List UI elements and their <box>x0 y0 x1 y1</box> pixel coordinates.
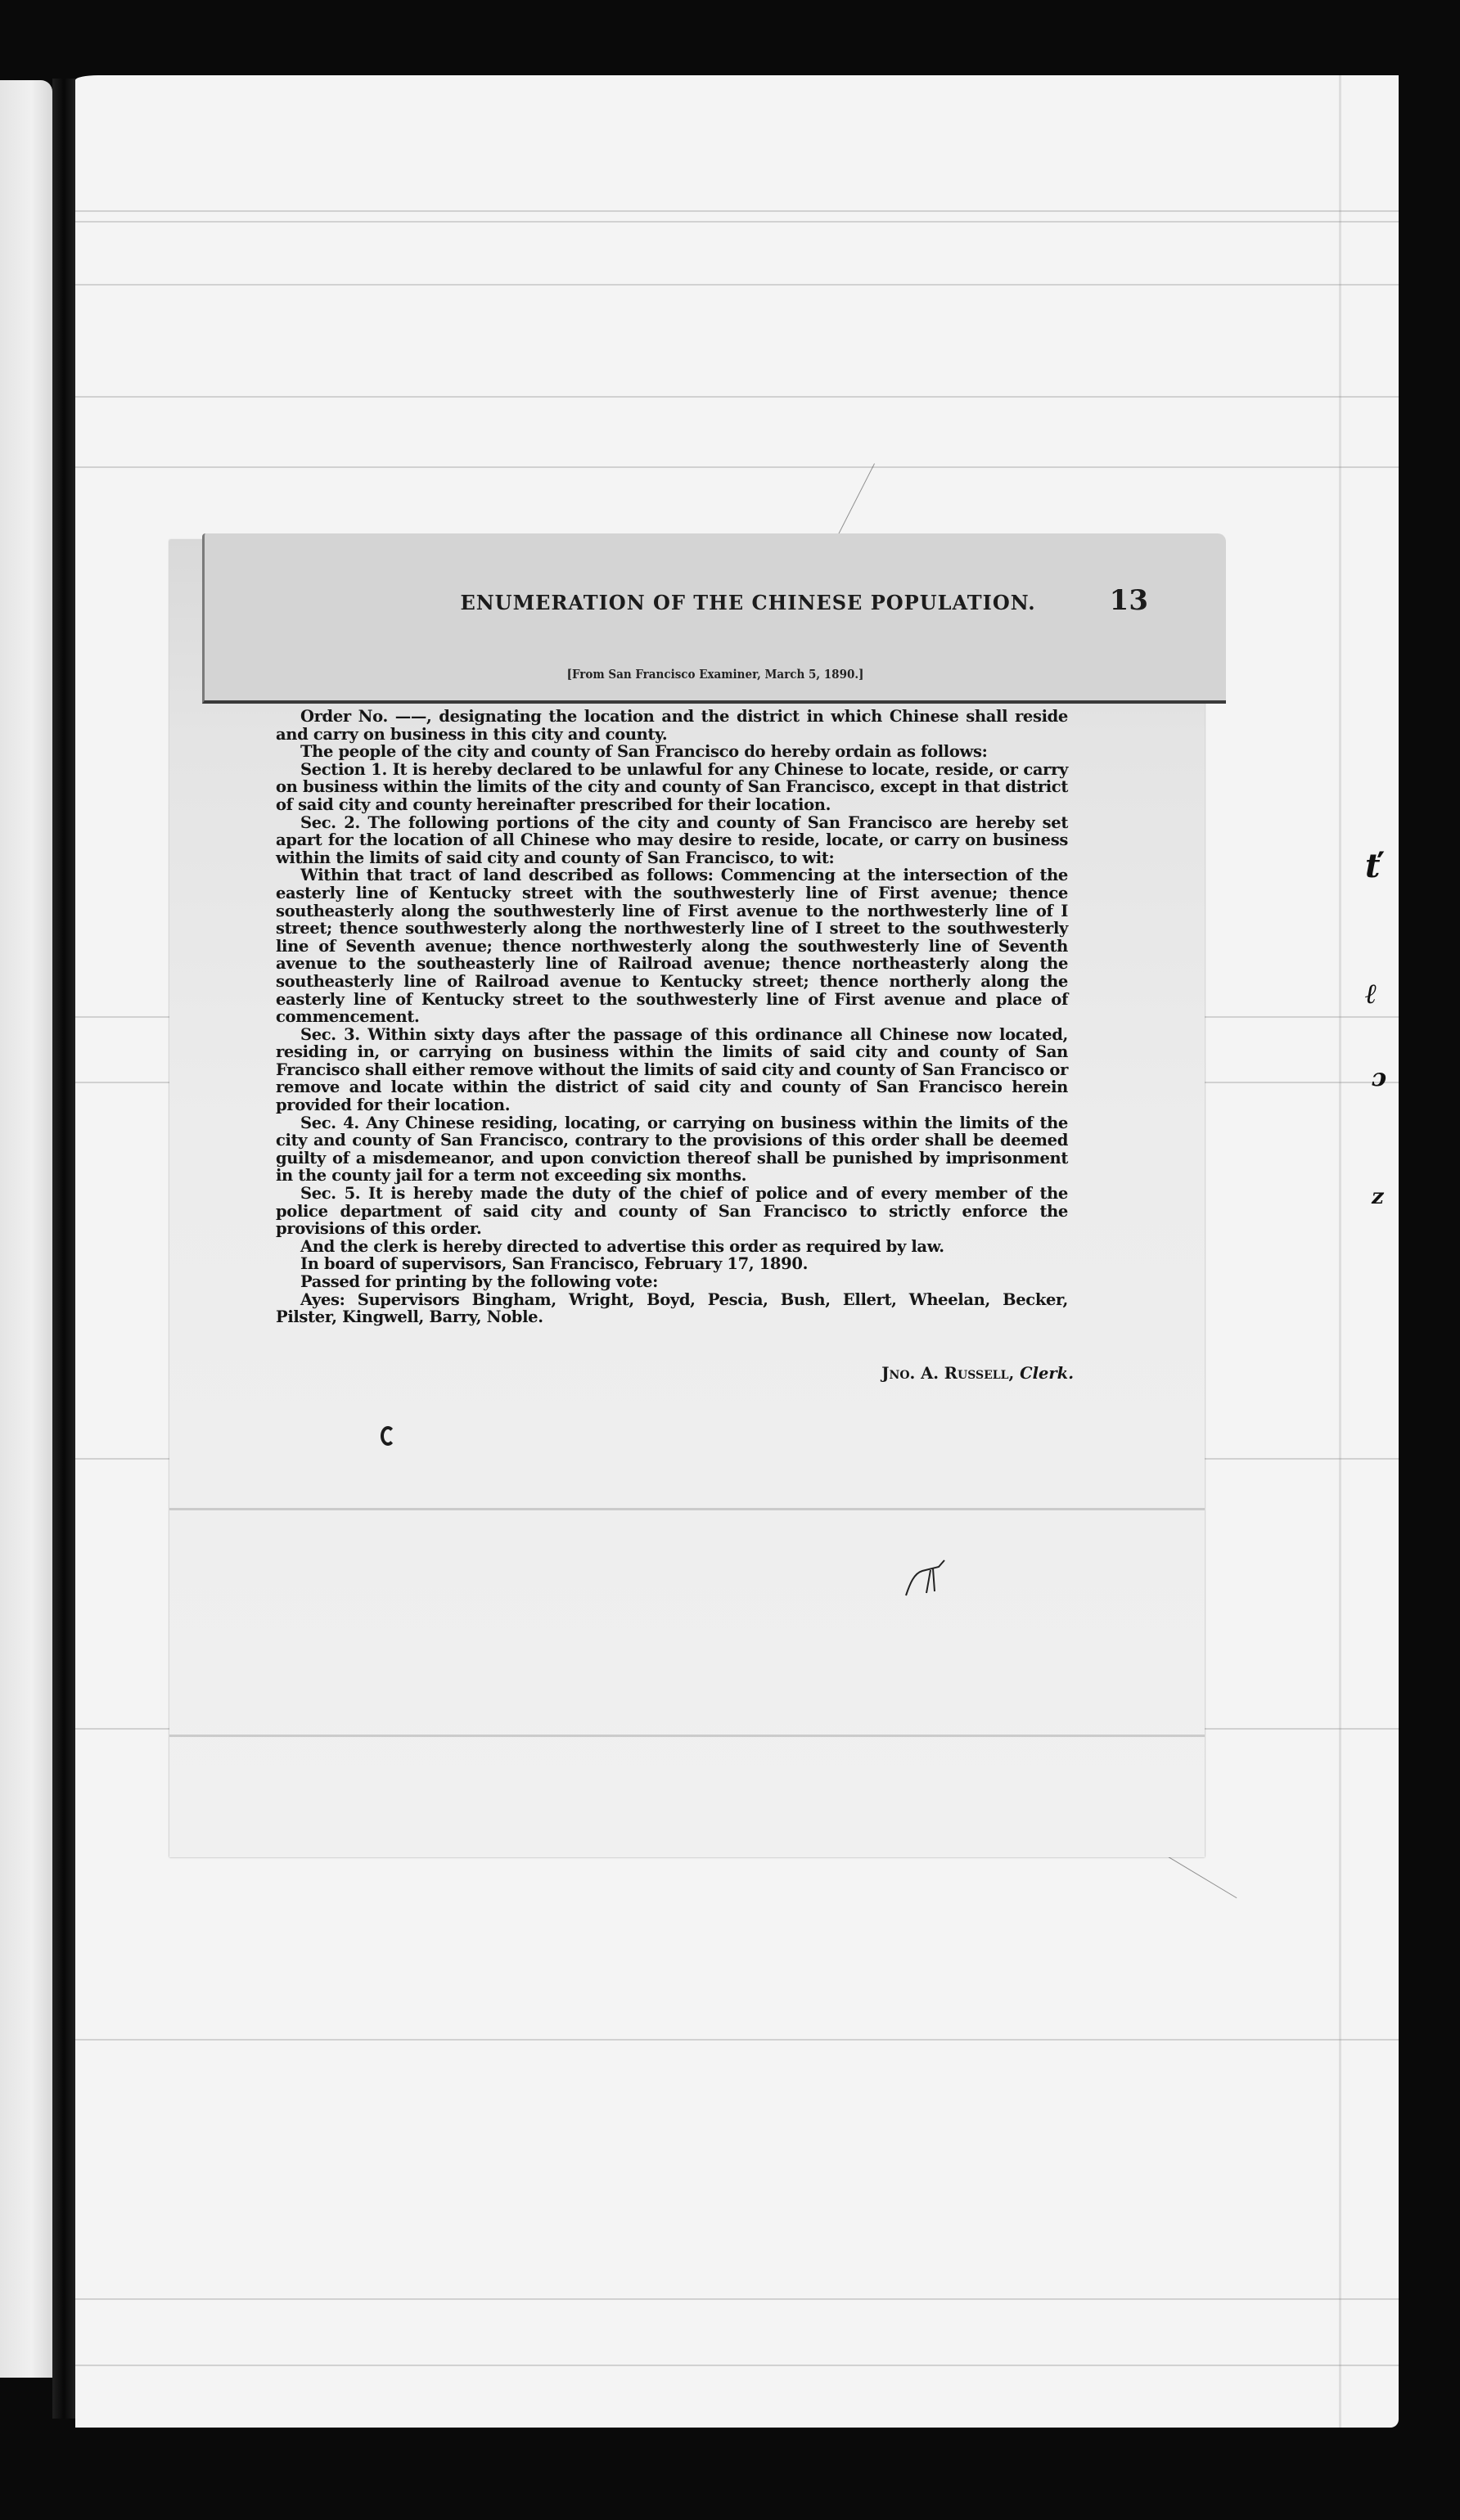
ledger-rule <box>75 2298 1399 2300</box>
ledger-rule <box>75 2039 1399 2041</box>
ledger-rule <box>75 221 1399 223</box>
order-title: Order No. ——, designating the location a… <box>276 708 1068 743</box>
fold-line <box>169 1508 1205 1510</box>
book-gutter <box>52 79 75 2419</box>
ledger-rule <box>75 284 1399 286</box>
ledger-rule <box>75 210 1399 212</box>
section-3: Sec. 3. Within sixty days after the pass… <box>276 1026 1068 1114</box>
vote-intro: Passed for printing by the following vot… <box>276 1273 1068 1291</box>
ledger-rule <box>75 466 1399 468</box>
clerk-title: Clerk. <box>1020 1364 1074 1383</box>
running-head-title: ENUMERATION OF THE CHINESE POPULATION. <box>460 591 1035 614</box>
clerk-name: Jno. A. Russell, <box>881 1364 1014 1383</box>
margin-mark: ᴢ <box>1372 1185 1384 1209</box>
adjacent-left-page <box>0 80 52 2378</box>
newspaper-clipping: ENUMERATION OF THE CHINESE POPULATION. 1… <box>169 540 1205 1857</box>
ordinance-text: Order No. ——, designating the location a… <box>276 708 1068 1326</box>
boundary-description: Within that tract of land described as f… <box>276 866 1068 1025</box>
ink-squiggle-mark <box>902 1559 951 1600</box>
margin-mark: ɔ <box>1372 1064 1386 1092</box>
clerk-directive: And the clerk is hereby directed to adve… <box>276 1238 1068 1256</box>
section-5: Sec. 5. It is hereby made the duty of th… <box>276 1185 1068 1238</box>
source-citation: [From San Francisco Examiner, March 5, 1… <box>205 667 1226 682</box>
board-date: In board of supervisors, San Francisco, … <box>276 1255 1068 1273</box>
section-2: Sec. 2. The following portions of the ci… <box>276 814 1068 867</box>
enacting-clause: The people of the city and county of San… <box>276 743 1068 761</box>
ledger-margin-line <box>1339 75 1341 2428</box>
fold-line <box>169 1735 1205 1737</box>
section-4: Sec. 4. Any Chinese residing, locating, … <box>276 1114 1068 1185</box>
running-head: ENUMERATION OF THE CHINESE POPULATION. <box>205 591 1226 614</box>
printed-mark-c <box>381 1426 395 1446</box>
ledger-rule <box>75 396 1399 398</box>
margin-mark: ť <box>1365 847 1380 885</box>
vote-ayes: Ayes: Supervisors Bingham, Wright, Boyd,… <box>276 1291 1068 1326</box>
section-1: Section 1. It is hereby declared to be u… <box>276 761 1068 814</box>
ledger-rule <box>75 2365 1399 2366</box>
page-header-strip: ENUMERATION OF THE CHINESE POPULATION. 1… <box>202 533 1226 704</box>
margin-mark: ℓ <box>1365 978 1377 1010</box>
clerk-signature: Jno. A. Russell, Clerk. <box>881 1364 1074 1383</box>
page-number: 13 <box>1110 584 1148 617</box>
